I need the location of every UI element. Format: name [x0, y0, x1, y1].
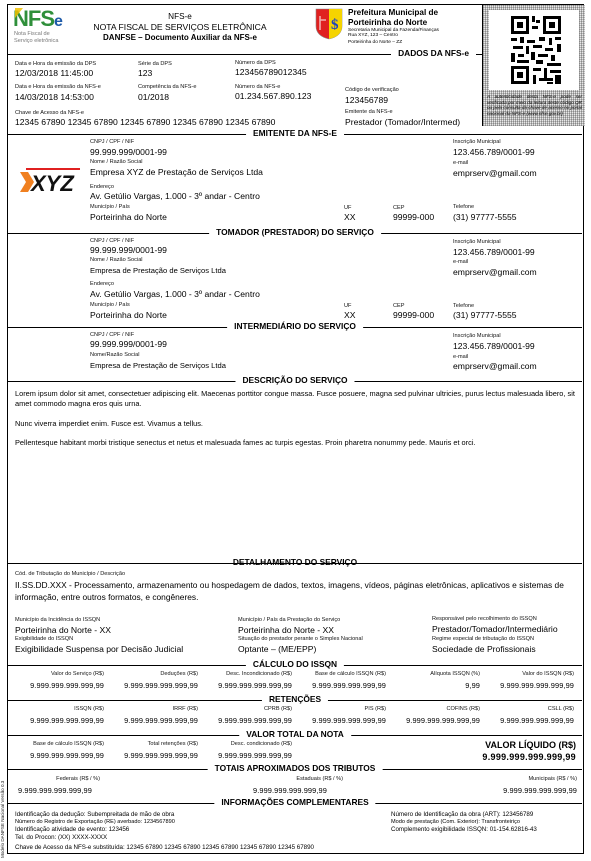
- description-paragraph: Lorem ipsum dolor sit amet, consectetuer…: [15, 389, 577, 410]
- retencoes-row: ISSQN (R$)9.999.999.999.999,99IRRF (R$)9…: [8, 707, 582, 727]
- emitente-role: Prestador (Tomador/Intermed): [345, 118, 460, 127]
- description-paragraph: Pellentesque habitant morbi tristique se…: [15, 438, 577, 448]
- label: Município / País: [90, 205, 130, 211]
- label: CSLL (R$): [483, 707, 574, 713]
- tributos-federais: 9.999.999.999.999,99: [18, 786, 92, 795]
- exigibilidade: Exigibilidade Suspensa por Decisão Judic…: [15, 645, 183, 654]
- label: Valor do ISSQN (R$): [483, 672, 574, 678]
- total-value: 9.999.999.999.999,99: [107, 751, 198, 760]
- nfse-logo: NFSe Nota Fiscal de Serviço eletrônica: [11, 8, 73, 48]
- info-line: Chave de Acesso da NFS-e substituída: 12…: [15, 844, 314, 852]
- label: CEP: [393, 206, 405, 212]
- service-code-description: II.SS.DD.XXX - Processamento, armazename…: [15, 580, 580, 603]
- dps-number: 123456789012345: [235, 68, 307, 77]
- divider: [8, 563, 582, 564]
- calculo-value: 9.999.999.999.999,99: [107, 681, 198, 690]
- section-complementares: INFORMAÇÕES COMPLEMENTARES: [8, 798, 582, 808]
- label: Emitente da NFS-e: [345, 110, 393, 116]
- emitente-endereco: Av. Getúlio Vargas, 1.000 - 3º andar - C…: [90, 192, 260, 201]
- total-cell: Base de cálculo ISSQN (R$)9.999.999.999.…: [13, 742, 104, 760]
- label: e-mail: [453, 260, 468, 266]
- label: ISSQN (R$): [13, 707, 104, 713]
- title-nfse: NFS-e: [80, 12, 280, 21]
- dps-datetime: 12/03/2018 11:45:00: [15, 69, 93, 78]
- section-tributos: TOTAIS APROXIMADOS DOS TRIBUTOS: [8, 764, 582, 774]
- nfse-number: 01.234.567.890.123: [235, 92, 311, 101]
- label: Inscrição Municipal: [453, 140, 501, 146]
- calculo-cell: Desc. Incondicionado (R$)9.999.999.999.9…: [201, 672, 292, 690]
- emitente-telefone: (31) 97777-5555: [453, 213, 517, 222]
- calculo-cell: Base de cálculo ISSQN (R$)9.999.999.999.…: [295, 672, 386, 690]
- retencao-cell: PIS (R$)9.999.999.999.999,99: [295, 707, 386, 725]
- calculo-cell: Deduções (R$)9.999.999.999.999,99: [107, 672, 198, 690]
- info-line: Complemento exigibilidade ISSQN: 01-154.…: [391, 826, 537, 834]
- description-paragraph: Nunc viverra imperdiet enim. Fusce est. …: [15, 419, 577, 429]
- label: Municipais (R$ / %): [529, 777, 578, 783]
- competencia: 01/2018: [138, 93, 169, 102]
- verification-code: 123456789: [345, 96, 388, 105]
- regime-especial: Sociedade de Profissionais: [432, 645, 536, 654]
- retencao-value: 9.999.999.999.999,99: [13, 716, 104, 725]
- danfse-document: NFSe Nota Fiscal de Serviço eletrônica N…: [7, 4, 584, 854]
- calculo-issqn-row: Valor do Serviço (R$)9.999.999.999.999,9…: [8, 672, 582, 692]
- company-logo: XYZ: [18, 167, 80, 195]
- label: Alíquota ISSQN (%): [389, 672, 480, 678]
- tributos-estaduais: 9.999.999.999.999,99: [253, 786, 327, 795]
- label: Federais (R$ / %): [18, 777, 100, 783]
- document-title-block: NFS-e NOTA FISCAL DE SERVIÇOS ELETRÔNICA…: [80, 12, 280, 42]
- label: Inscrição Municipal: [453, 240, 501, 246]
- tomador-municipio: Porteirinha do Norte: [90, 311, 167, 320]
- retencao-value: 9.999.999.999.999,99: [107, 716, 198, 725]
- label: CNPJ / CPF / NIF: [90, 239, 134, 245]
- total-cell: Total retenções (R$)9.999.999.999.999,99: [107, 742, 198, 760]
- label: Endereço: [90, 282, 114, 288]
- label: CEP: [393, 304, 405, 310]
- emitente-cnpj: 99.999.999/0001-99: [90, 148, 167, 157]
- label: Chave de Acesso da NFS-e: [15, 111, 84, 117]
- tomador-nome: Empresa de Prestação de Serviços Ltda: [90, 267, 226, 275]
- section-calculo-issqn: CÁLCULO DO ISSQN: [8, 660, 582, 670]
- nfse-logo-subtitle: Nota Fiscal de: [14, 31, 50, 37]
- label: Exigibilidade do ISSQN: [15, 637, 73, 643]
- label: UF: [344, 206, 351, 212]
- calculo-value: 9.999.999.999.999,99: [295, 681, 386, 690]
- retencao-value: 9.999.999.999.999,99: [295, 716, 386, 725]
- section-intermediario: INTERMEDIÁRIO DO SERVIÇO: [8, 322, 582, 332]
- label: CPRB (R$): [201, 707, 292, 713]
- tomador-uf: XX: [344, 311, 355, 320]
- title-nota-fiscal: NOTA FISCAL DE SERVIÇOS ELETRÔNICA: [80, 22, 280, 32]
- section-valor-total: VALOR TOTAL DA NOTA: [8, 730, 582, 740]
- label: IRRF (R$): [107, 707, 198, 713]
- service-description: Lorem ipsum dolor sit amet, consectetuer…: [15, 389, 577, 457]
- label: e-mail: [453, 355, 468, 361]
- label: Cód. de Tributação do Município / Descri…: [15, 572, 125, 578]
- label: e-mail: [453, 161, 468, 167]
- emitente-uf: XX: [344, 213, 355, 222]
- label: Data e Hora da emissão da NFS-e: [15, 85, 101, 91]
- municipality-name-1: Prefeitura Municipal de: [348, 8, 480, 17]
- calculo-cell: Valor do Serviço (R$)9.999.999.999.999,9…: [13, 672, 104, 690]
- emitente-inscricao: 123.456.789/0001-99: [453, 148, 535, 157]
- calculo-value: 9.999.999.999.999,99: [483, 681, 574, 690]
- emitente-nome: Empresa XYZ de Prestação de Serviços Ltd…: [90, 168, 263, 177]
- label: Município / País: [90, 303, 130, 309]
- label: COFINS (R$): [389, 707, 480, 713]
- label: Endereço: [90, 185, 114, 191]
- valor-liquido: 9.999.999.999.999,99: [482, 752, 576, 762]
- calculo-value: 9.999.999.999.999,99: [13, 681, 104, 690]
- label: Desc. condicionado (R$): [201, 742, 292, 748]
- intermediario-nome: Empresa de Prestação de Serviços Ltda: [90, 362, 226, 370]
- label: Total retenções (R$): [107, 742, 198, 748]
- calculo-value: 9,99: [389, 681, 480, 690]
- retencao-value: 9.999.999.999.999,99: [483, 716, 574, 725]
- retencao-cell: IRRF (R$)9.999.999.999.999,99: [107, 707, 198, 725]
- tomador-cep: 99999-000: [393, 311, 434, 320]
- retencao-cell: ISSQN (R$)9.999.999.999.999,99: [13, 707, 104, 725]
- label: Número da NFS-e: [235, 85, 280, 91]
- label: Telefone: [453, 304, 474, 310]
- section-dados-nfse: DADOS DA NFS-e: [8, 49, 482, 59]
- label: Deduções (R$): [107, 672, 198, 678]
- retencao-value: 9.999.999.999.999,99: [201, 716, 292, 725]
- intermediario-email: emprserv@gmail.com: [453, 362, 537, 371]
- info-line: Modo de prestação (Com. Exterior): Trans…: [391, 819, 537, 826]
- tributos-municipais: 9.999.999.999.999,99: [503, 786, 577, 795]
- municipality-address: Rua XYZ, 123 – Centro: [348, 33, 480, 38]
- label: Nome/Razão Social: [90, 353, 139, 359]
- total-value: 9.999.999.999.999,99: [201, 751, 292, 760]
- section-emitente: EMITENTE DA NFS-E: [8, 129, 582, 139]
- section-descricao: DESCRIÇÃO DO SERVIÇO: [8, 376, 582, 386]
- label: Município da Incidência do ISSQN: [15, 618, 100, 624]
- complementares-right: Número de Identificação da obra (ART): 1…: [391, 811, 537, 834]
- dps-serie: 123: [138, 69, 152, 78]
- simples-nacional: Optante – (ME/EPP): [238, 645, 316, 654]
- label: UF: [344, 304, 351, 310]
- tomador-email: emprserv@gmail.com: [453, 268, 537, 277]
- municipality-info: Prefeitura Municipal de Porteirinha do N…: [348, 8, 480, 45]
- title-danfse: DANFSE – Documento Auxiliar da NFS-e: [80, 33, 280, 42]
- emitente-email: emprserv@gmail.com: [453, 169, 537, 178]
- responsavel-recolhimento: Prestador/Tomador/Intermediário: [432, 625, 558, 634]
- calculo-value: 9.999.999.999.999,99: [201, 681, 292, 690]
- qr-code-panel: A autenticidade desta NFS-e pode ser ver…: [482, 5, 585, 126]
- label: Série da DPS: [138, 62, 172, 68]
- label: Estaduais (R$ / %): [248, 777, 343, 783]
- info-line: Identificação atividade de evento: 12345…: [15, 826, 314, 834]
- access-key: 12345 67890 12345 67890 12345 67890 1234…: [15, 118, 275, 127]
- model-version-label: Modelo DANFSE Nacional Versão 0.3: [0, 781, 5, 858]
- qr-code: [489, 10, 579, 90]
- intermediario-inscricao: 123.456.789/0001-99: [453, 342, 535, 351]
- section-tomador: TOMADOR (PRESTADOR) DO SERVIÇO: [8, 228, 582, 238]
- svg-text:$: $: [331, 17, 339, 33]
- label: Situação do prestador perante o Simples …: [238, 637, 363, 643]
- intermediario-cnpj: 99.999.999/0001-99: [90, 340, 167, 349]
- tomador-telefone: (31) 97777-5555: [453, 311, 517, 320]
- label: Inscrição Municipal: [453, 334, 501, 340]
- label: Data e Hora da emissão da DPS: [15, 62, 96, 68]
- retencao-cell: COFINS (R$)9.999.999.999.999,99: [389, 707, 480, 725]
- label: Telefone: [453, 205, 474, 211]
- label: PIS (R$): [295, 707, 386, 713]
- label: Número da DPS: [235, 61, 276, 67]
- label: CNPJ / CPF / NIF: [90, 140, 134, 146]
- label: Responsável pelo recolhimento do ISSQN: [432, 617, 537, 623]
- label: CNPJ / CPF / NIF: [90, 333, 134, 339]
- emitente-cep: 99999-000: [393, 213, 434, 222]
- svg-text:XYZ: XYZ: [29, 171, 75, 195]
- tomador-cnpj: 99.999.999/0001-99: [90, 246, 167, 255]
- calculo-cell: Valor do ISSQN (R$)9.999.999.999.999,99: [483, 672, 574, 690]
- label: Nome / Razão Social: [90, 258, 143, 264]
- qr-authenticity-note: A autenticidade desta NFS-e pode ser ver…: [487, 94, 582, 117]
- municipality-crest-icon: $: [315, 8, 343, 40]
- label: Município / País da Prestação do Serviço: [238, 618, 340, 624]
- total-cell: Desc. condicionado (R$)9.999.999.999.999…: [201, 742, 292, 760]
- municipio-incidencia: Porteirinha do Norte - XX: [15, 626, 111, 635]
- tomador-endereco: Av. Getúlio Vargas, 1.000 - 3º andar - C…: [90, 290, 260, 299]
- label: Valor do Serviço (R$): [13, 672, 104, 678]
- total-value: 9.999.999.999.999,99: [13, 751, 104, 760]
- retencao-cell: CPRB (R$)9.999.999.999.999,99: [201, 707, 292, 725]
- complementares-left: Identificação da dedução: Subempreitada …: [15, 811, 314, 853]
- info-line: Identificação da dedução: Subempreitada …: [15, 811, 314, 819]
- nfse-logo-subtitle-2: Serviço eletrônica: [14, 38, 58, 44]
- emitente-municipio: Porteirinha do Norte: [90, 213, 167, 222]
- label: Regime especial de tributação do ISSQN: [432, 637, 534, 643]
- calculo-cell: Alíquota ISSQN (%)9,99: [389, 672, 480, 690]
- nfse-datetime: 14/03/2018 14:53:00: [15, 93, 94, 102]
- tomador-inscricao: 123.456.789/0001-99: [453, 248, 535, 257]
- municipality-name-2: Porteirinha do Norte: [348, 18, 480, 27]
- label: Desc. Incondicionado (R$): [201, 672, 292, 678]
- retencao-value: 9.999.999.999.999,99: [389, 716, 480, 725]
- label: Competência da NFS-e: [138, 85, 196, 91]
- section-retencoes: RETENÇÕES: [8, 695, 582, 705]
- valor-liquido-label: VALOR LÍQUIDO (R$): [485, 740, 576, 750]
- info-line: Número do Registro de Exportação (RE) av…: [15, 819, 314, 826]
- municipality-city: Porteirinha do Norte – ZZ: [348, 40, 480, 45]
- label: Nome / Razão Social: [90, 160, 143, 166]
- label: Código de verificação: [345, 88, 399, 94]
- info-line: Número de Identificação da obra (ART): 1…: [391, 811, 537, 819]
- municipio-prestacao: Porteirinha do Norte - XX: [238, 626, 334, 635]
- retencao-cell: CSLL (R$)9.999.999.999.999,99: [483, 707, 574, 725]
- info-line: Tel. do Procon: (XX) XXXX-XXXX: [15, 834, 314, 842]
- label: Base de cálculo ISSQN (R$): [295, 672, 386, 678]
- label: Base de cálculo ISSQN (R$): [13, 742, 104, 748]
